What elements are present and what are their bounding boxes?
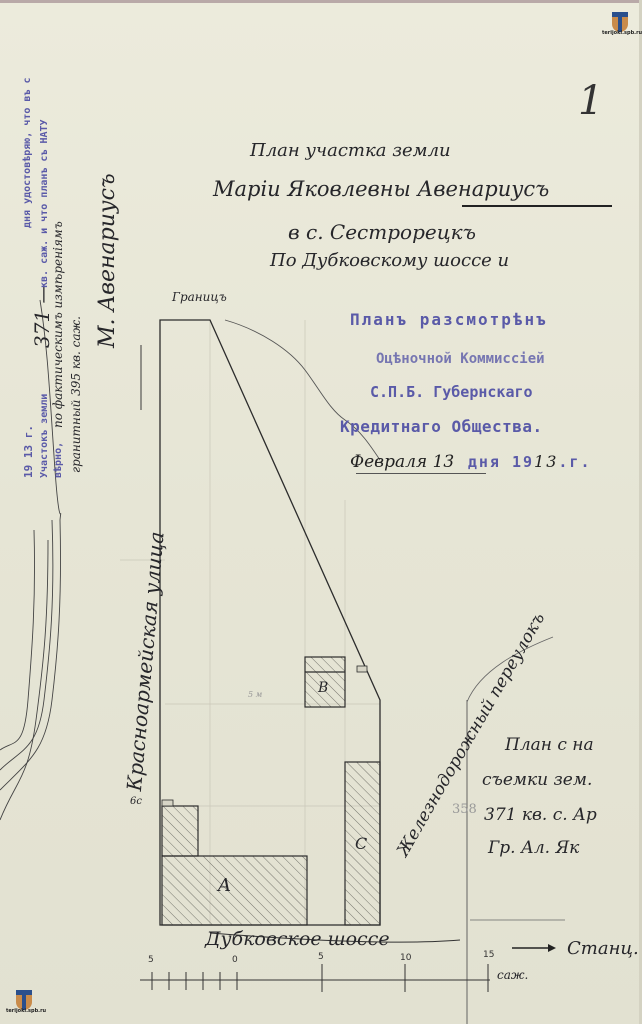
margin-stamp-line-1: дня удостовѣряю, что въ с	[22, 77, 33, 228]
title-line-3: в с. Сестрорецкъ	[288, 220, 476, 244]
right-note-line-2: съемки зем.	[482, 770, 592, 790]
title-line-1: План участка земли	[250, 140, 451, 161]
margin-stamp-line-2: кв. саж. и что планъ съ НАТУ	[39, 119, 50, 288]
scale-bar	[140, 964, 490, 992]
scale-tick-5: 5	[318, 952, 324, 962]
stamp-date-handwritten: Февраля 13	[350, 452, 454, 472]
scale-tick-5-left: 5	[148, 955, 154, 965]
building-c-label: C	[355, 834, 367, 853]
mark-5m: 5 м	[248, 690, 262, 699]
building-a-annex	[162, 806, 198, 856]
right-note-line-3: 371 кв. с. Ар	[484, 805, 597, 825]
title-line-2: Марiи Яковлевны Авенариусъ	[213, 177, 549, 201]
right-margin-number: 358	[452, 802, 477, 817]
building-b-label: B	[318, 680, 328, 696]
stamp-line-3: С.П.Б. Губернскаго	[370, 383, 533, 401]
margin-signature: М. Авенариусъ	[95, 173, 120, 348]
stamp-date-line: Февраля 13 дня 1913.г.	[350, 452, 591, 472]
margin-handwritten-line-5: гранитный 395 кв. саж.	[69, 316, 83, 473]
title-underline	[462, 205, 612, 207]
right-note-line-4: Гр. Ал. Як	[488, 838, 579, 858]
plan-top-label: Границъ	[172, 290, 227, 304]
scale-tick-10: 10	[400, 953, 411, 963]
stamp-line-1: Планъ разсмотрѣнъ	[350, 310, 548, 329]
right-note-line-1: План с на	[505, 735, 594, 755]
scale-tick-15: 15	[483, 950, 494, 960]
mark-6c: 6с	[130, 796, 142, 807]
scale-unit: саж.	[497, 968, 528, 982]
scale-tick-0: 0	[232, 955, 238, 965]
stamp-year-suffix: .г.	[558, 453, 591, 471]
building-a	[162, 856, 307, 925]
stamp-line-4: Кредитнаго Общества.	[340, 417, 543, 436]
margin-stamp-line-3: Участокъ земли	[39, 394, 50, 478]
title-line-4: По Дубковскому шоссе и	[270, 250, 509, 271]
margin-stamp-line-4: вѣрно,	[53, 442, 64, 478]
date-underline	[356, 473, 486, 474]
credit-society-stamp: Планъ разсмотрѣнъ Оцѣночной Коммиссiей С…	[330, 310, 620, 480]
stamp-line-2: Оцѣночной Коммиссiей	[376, 351, 545, 367]
building-a-label: A	[218, 875, 231, 896]
margin-handwritten-line-4: по фактическимъ измѣренiямъ	[51, 221, 65, 428]
margin-year: 19 13 г.	[22, 425, 35, 478]
direction-label: Станц.	[567, 938, 639, 959]
stamp-date-suffix: дня 19	[468, 453, 534, 471]
stamp-year-handwritten: 13	[534, 452, 558, 471]
bottom-street-label: Дубковское шоссе	[205, 928, 390, 950]
